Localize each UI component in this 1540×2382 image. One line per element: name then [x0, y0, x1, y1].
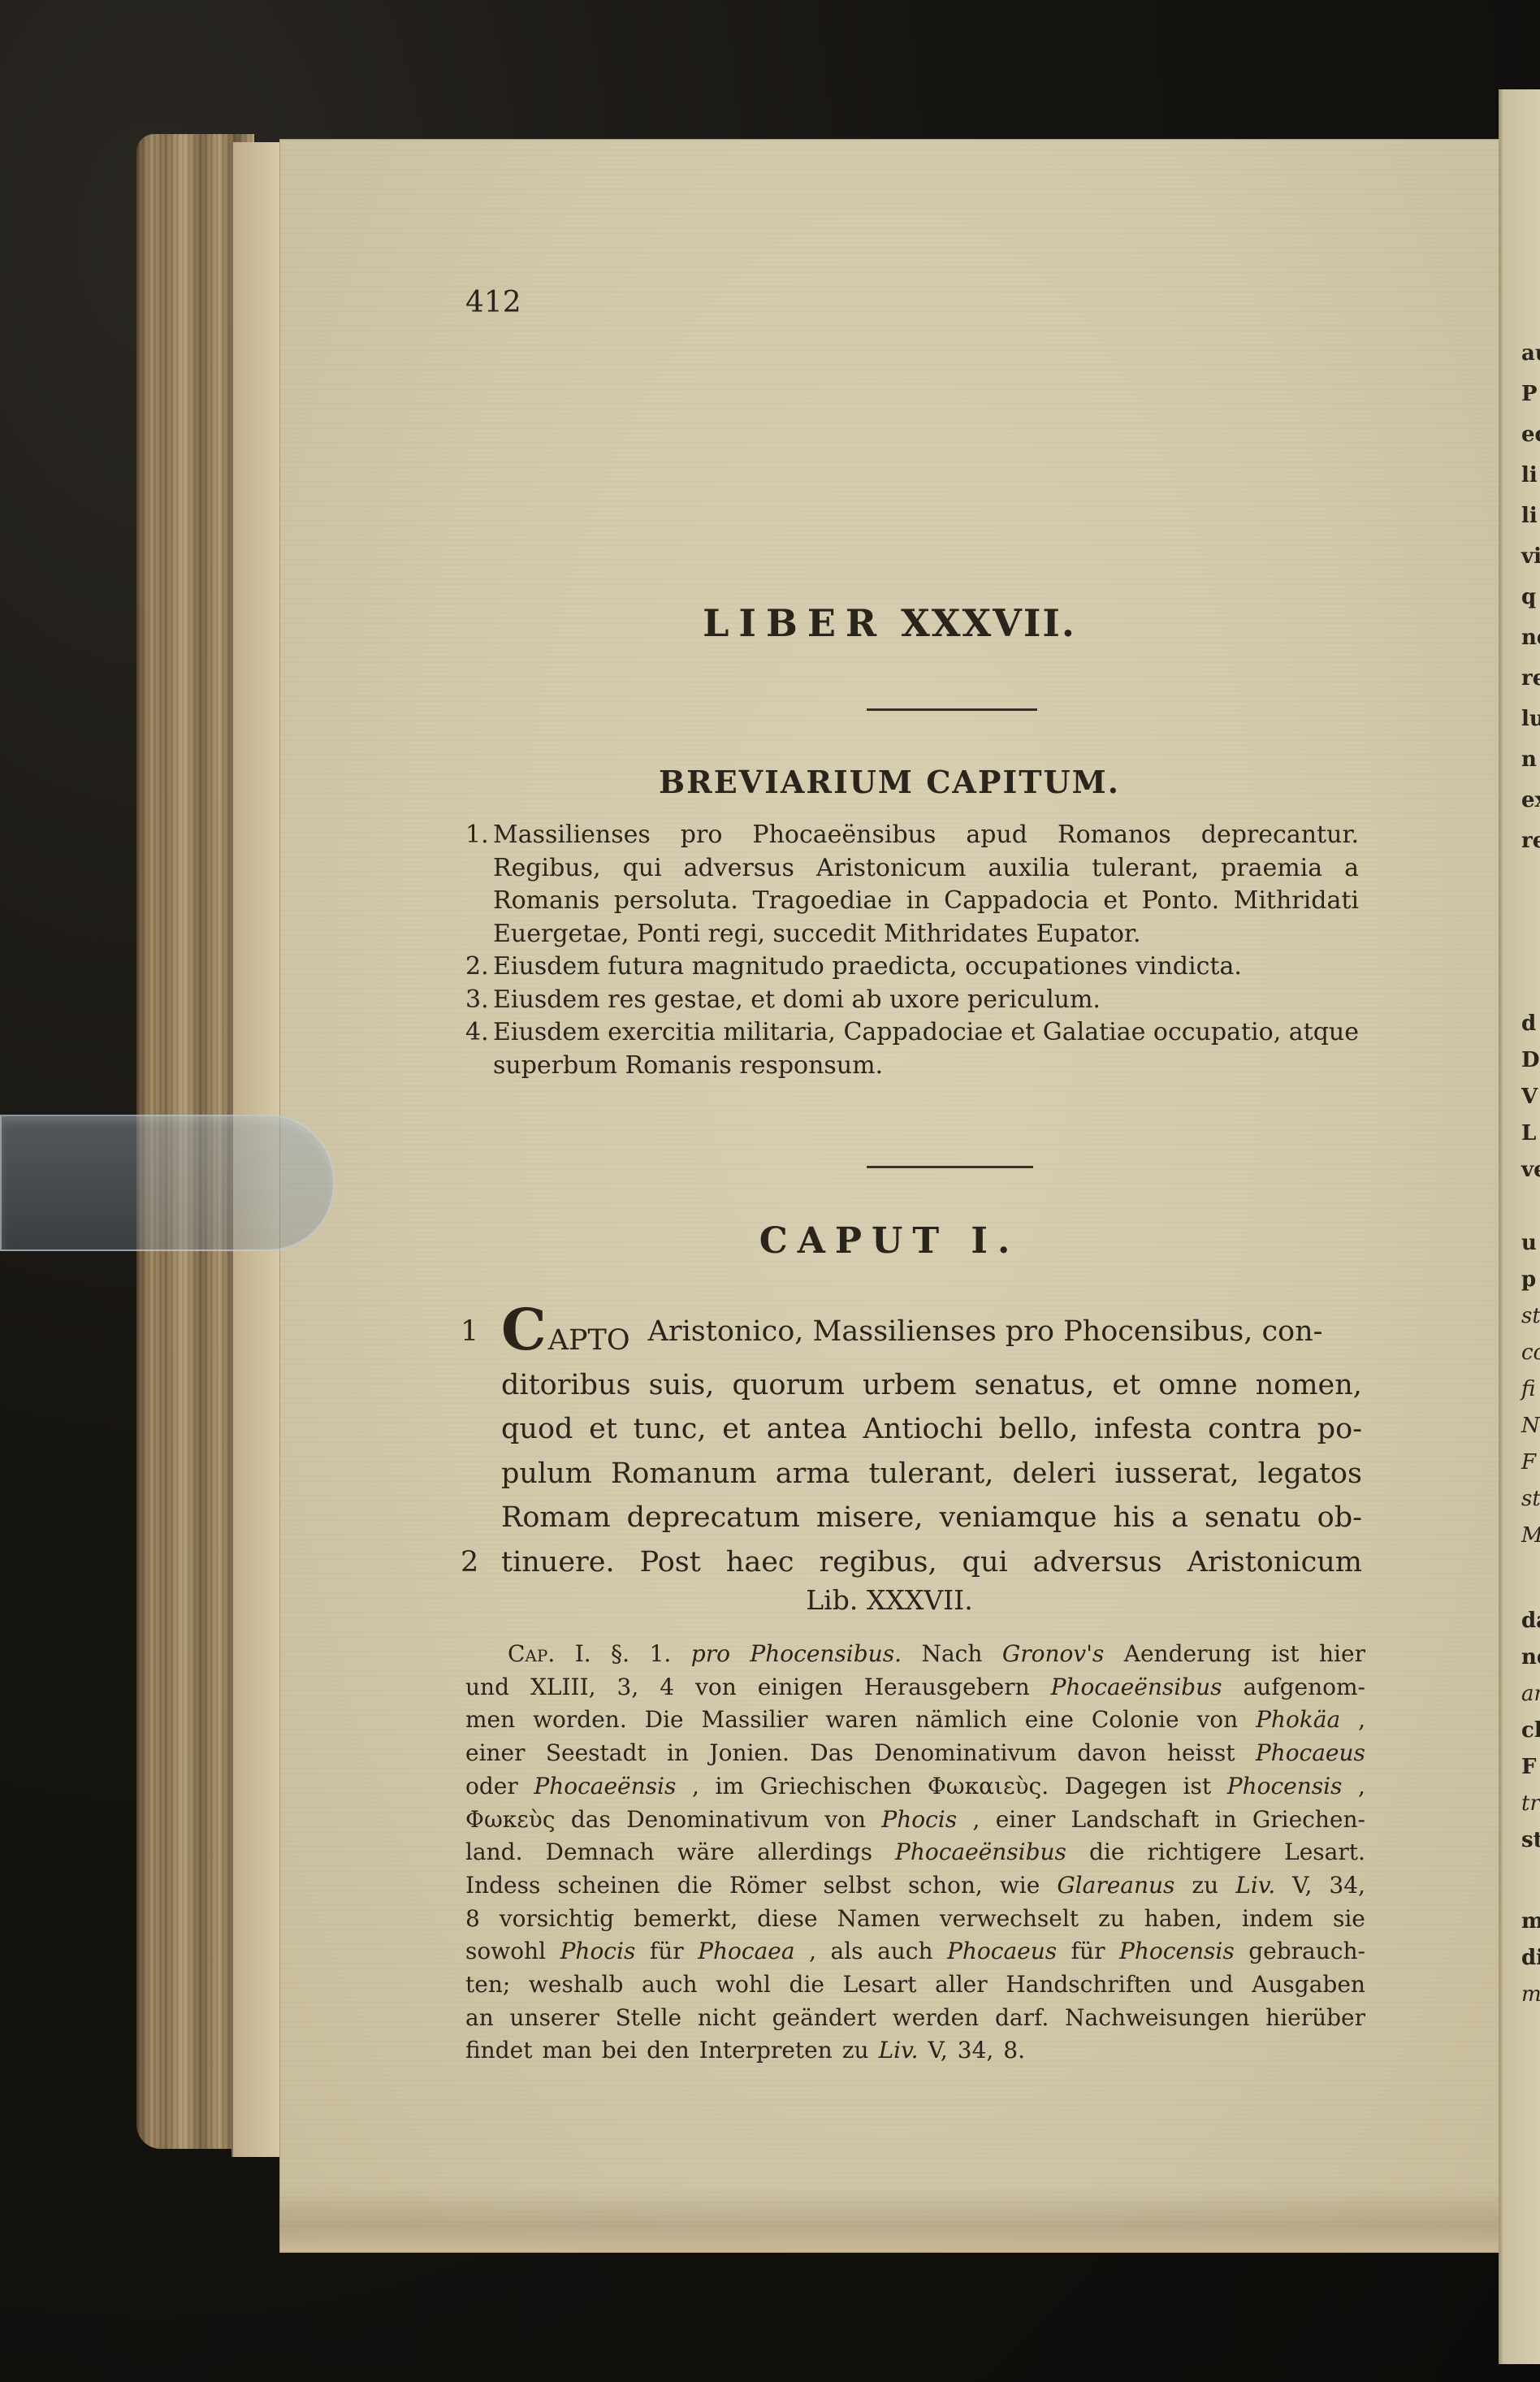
note-line: ΦωκεὺςdasDenominativumvonPhocis,einerLan…: [465, 1804, 1365, 1837]
adjacent-page-text-fragment: m: [1521, 1909, 1540, 1934]
book-page: 412 LIBERXXXVII. BREVIARIUM CAPITUM. 1. …: [280, 140, 1499, 2252]
summary-item-number: 3.: [465, 984, 493, 1017]
note-line: oderPhocaeënsis,imGriechischenΦωκαιεὺς.D…: [465, 1770, 1365, 1804]
note-line: anunsererStellenichtgeändertwerdendarf.N…: [465, 2002, 1365, 2035]
line-text-content: ditoribussuis,quorumurbemsenatus,etomnen…: [501, 1363, 1362, 1408]
adjacent-page-text-fragment: D: [1521, 1048, 1540, 1072]
text-line: quodettunc,etanteaAntiochibello,infestac…: [461, 1407, 1362, 1452]
note-line: 8vorsichtigbemerkt,dieseNamenverwechselt…: [465, 1903, 1365, 1936]
adjacent-page-text-fragment: tr: [1521, 1791, 1540, 1816]
adjacent-page-text-fragment: ve: [1521, 1158, 1540, 1182]
adjacent-page-text-fragment: u: [1521, 1231, 1537, 1255]
text-line: ditoribussuis,quorumurbemsenatus,etomnen…: [461, 1363, 1362, 1408]
note-line: ten;weshalbauchwohldieLesartallerHandsch…: [465, 1968, 1365, 2002]
adjacent-page-text-fragment: n: [1521, 747, 1537, 772]
summary-item: 1. Massilienses pro Phocaeënsibus apud R…: [465, 819, 1359, 951]
verse-number: 2: [461, 1540, 483, 1585]
adjacent-page-text-fragment: li: [1521, 463, 1538, 487]
adjacent-page-text-fragment: F: [1521, 1450, 1536, 1475]
adjacent-page-cropped: auPecliliviqnerelunexredDVLveupstcofiNFs…: [1499, 89, 1540, 2364]
line-text: CAPTO Aristonico, Massilienses pro Phoce…: [501, 1310, 1362, 1363]
text-line: 1 CAPTO Aristonico, Massilienses pro Pho…: [461, 1310, 1362, 1363]
adjacent-page-text-fragment: d: [1521, 1011, 1536, 1036]
adjacent-page-text-fragment: lu: [1521, 707, 1540, 731]
note-line: undXLIII,3,4voneinigenHerausgebernPhocae…: [465, 1671, 1365, 1704]
verse-number: 1: [461, 1310, 483, 1354]
adjacent-page-text-fragment: re: [1521, 666, 1540, 691]
page-bottom-wear: [280, 2187, 1499, 2252]
line-text-content: quodettunc,etanteaAntiochibello,infestac…: [501, 1407, 1362, 1452]
text-line: 2 tinuere.Posthaecregibus,quiadversusAri…: [461, 1540, 1362, 1585]
line-text-content: Aristonico, Massilienses pro Phocensibus…: [648, 1310, 1323, 1363]
summary-item-number: 1.: [465, 819, 493, 951]
summary-item-text: Eiusdem res gestae, et domi ab uxore per…: [493, 984, 1359, 1017]
commentary-notes: Cap.I.§.1.proPhocensibus.NachGronov'sAen…: [465, 1638, 1365, 2068]
drop-cap: C: [501, 1296, 547, 1363]
note-line: IndessscheinendieRömerselbstschon,wieGla…: [465, 1869, 1365, 1903]
text-line: Romamdeprecatummisere,veniamquehisasenat…: [461, 1496, 1362, 1540]
summary-item: 3. Eiusdem res gestae, et domi ab uxore …: [465, 984, 1359, 1017]
adjacent-page-text-fragment: ex: [1521, 788, 1540, 812]
note-line: Cap.I.§.1.proPhocensibus.NachGronov'sAen…: [465, 1638, 1365, 1671]
summary-item-text: Eiusdem exercitia militaria, Cappadociae…: [493, 1016, 1359, 1082]
note-line: findetmanbeidenInterpretenzuLiv.V,34,8.: [465, 2034, 1365, 2068]
adjacent-page-text-fragment: au: [1521, 341, 1540, 366]
adjacent-page-text-fragment: st: [1521, 1304, 1540, 1328]
note-line: land.DemnachwäreallerdingsPhocaeënsibusd…: [465, 1836, 1365, 1869]
main-text: 1 CAPTO Aristonico, Massilienses pro Pho…: [461, 1310, 1362, 1584]
book-title-word: LIBER: [703, 601, 886, 645]
summary-item: 2. Eiusdem futura magnitudo praedicta, o…: [465, 951, 1359, 984]
chapter-heading: CAPUT I.: [280, 1220, 1499, 1262]
adjacent-page-text-fragment: V: [1521, 1085, 1538, 1109]
page-number: 412: [465, 286, 521, 319]
adjacent-page-text-fragment: ne: [1521, 1645, 1540, 1670]
adjacent-page-text-fragment: fi: [1521, 1377, 1535, 1401]
adjacent-page-text-fragment: co: [1521, 1340, 1540, 1365]
adjacent-page-text-fragment: N: [1521, 1414, 1540, 1438]
adjacent-page-text-fragment: M: [1521, 1523, 1540, 1548]
note-line: einerSeestadtinJonien.DasDenominativumda…: [465, 1737, 1365, 1770]
adjacent-page-text-fragment: vi: [1521, 544, 1540, 569]
adjacent-page-text-fragment: st: [1521, 1828, 1540, 1852]
summary-item-number: 2.: [465, 951, 493, 984]
note-line: menworden.DieMassilierwarennämlicheineCo…: [465, 1704, 1365, 1737]
adjacent-page-text-fragment: re: [1521, 829, 1540, 853]
transparent-page-clip: [0, 1115, 335, 1251]
line-text-content: tinuere.Posthaecregibus,quiadversusArist…: [501, 1540, 1362, 1585]
first-word-rest: APTO: [548, 1324, 630, 1357]
adjacent-page-text-fragment: L: [1521, 1121, 1536, 1146]
book-title: LIBERXXXVII.: [280, 601, 1499, 645]
adjacent-page-text-fragment: cl: [1521, 1718, 1540, 1743]
summary-item: 4. Eiusdem exercitia militaria, Cappadoc…: [465, 1016, 1359, 1082]
divider-rule: [867, 708, 1037, 711]
adjacent-page-text-fragment: an: [1521, 1682, 1540, 1706]
divider-rule: [867, 1166, 1033, 1168]
book-title-number: XXXVII.: [901, 601, 1076, 645]
summary-item-text: Eiusdem futura magnitudo praedicta, occu…: [493, 951, 1359, 984]
adjacent-page-text-fragment: li: [1521, 504, 1538, 528]
summary-item-number: 4.: [465, 1016, 493, 1082]
adjacent-page-text-fragment: m: [1521, 1982, 1540, 2007]
adjacent-page-text-fragment: q: [1521, 585, 1536, 609]
adjacent-page-text-fragment: p: [1521, 1267, 1536, 1292]
adjacent-page-text-fragment: P: [1521, 382, 1538, 406]
summary-item-text: Massilienses pro Phocaeënsibus apud Roma…: [493, 819, 1359, 951]
adjacent-page-text-fragment: da: [1521, 1609, 1540, 1633]
adjacent-page-text-fragment: ne: [1521, 626, 1540, 650]
line-text-content: Romamdeprecatummisere,veniamquehisasenat…: [501, 1496, 1362, 1540]
adjacent-page-text-fragment: ec: [1521, 422, 1540, 447]
text-line: pulumRomanumarmatulerant,deleriiusserat,…: [461, 1452, 1362, 1496]
adjacent-page-text-fragment: F: [1521, 1755, 1536, 1779]
adjacent-page-text-fragment: st: [1521, 1487, 1540, 1511]
summary-list: 1. Massilienses pro Phocaeënsibus apud R…: [465, 819, 1359, 1082]
adjacent-page-text-fragment: di: [1521, 1946, 1540, 1970]
running-footer: Lib. XXXVII.: [280, 1584, 1499, 1616]
note-line: sowohlPhocisfürPhocaea,alsauchPhocaeusfü…: [465, 1935, 1365, 1968]
line-text-content: pulumRomanumarmatulerant,deleriiusserat,…: [501, 1452, 1362, 1496]
summary-heading: BREVIARIUM CAPITUM.: [280, 764, 1499, 800]
